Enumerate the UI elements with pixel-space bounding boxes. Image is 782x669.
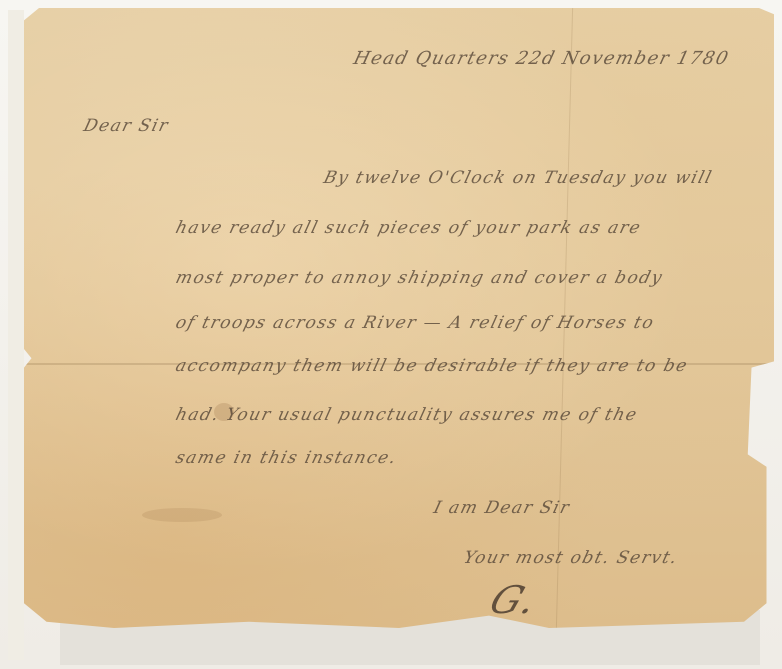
letter-valediction: Your most obt. Servt. <box>462 548 681 568</box>
body-line-4: of troops across a River — A relief of H… <box>174 313 657 333</box>
body-line-2: have ready all such pieces of your park … <box>174 218 644 238</box>
body-line-1: By twelve O'Clock on Tuesday you will <box>322 168 715 188</box>
body-line-6: had. Your usual punctuality assures me o… <box>174 405 640 425</box>
letter-heading: Head Quarters 22d November 1780 <box>351 48 731 69</box>
body-line-7: same in this instance. <box>174 448 400 468</box>
mount-edge <box>8 10 24 660</box>
letter-closing: I am Dear Sir <box>432 498 573 518</box>
body-line-3: most proper to annoy shipping and cover … <box>174 268 666 288</box>
letter-salutation: Dear Sir <box>82 116 172 136</box>
smudge-stain <box>142 508 222 522</box>
letter-sheet: Head Quarters 22d November 1780 Dear Sir… <box>24 8 774 628</box>
body-line-5: accompany them will be desirable if they… <box>174 356 691 376</box>
